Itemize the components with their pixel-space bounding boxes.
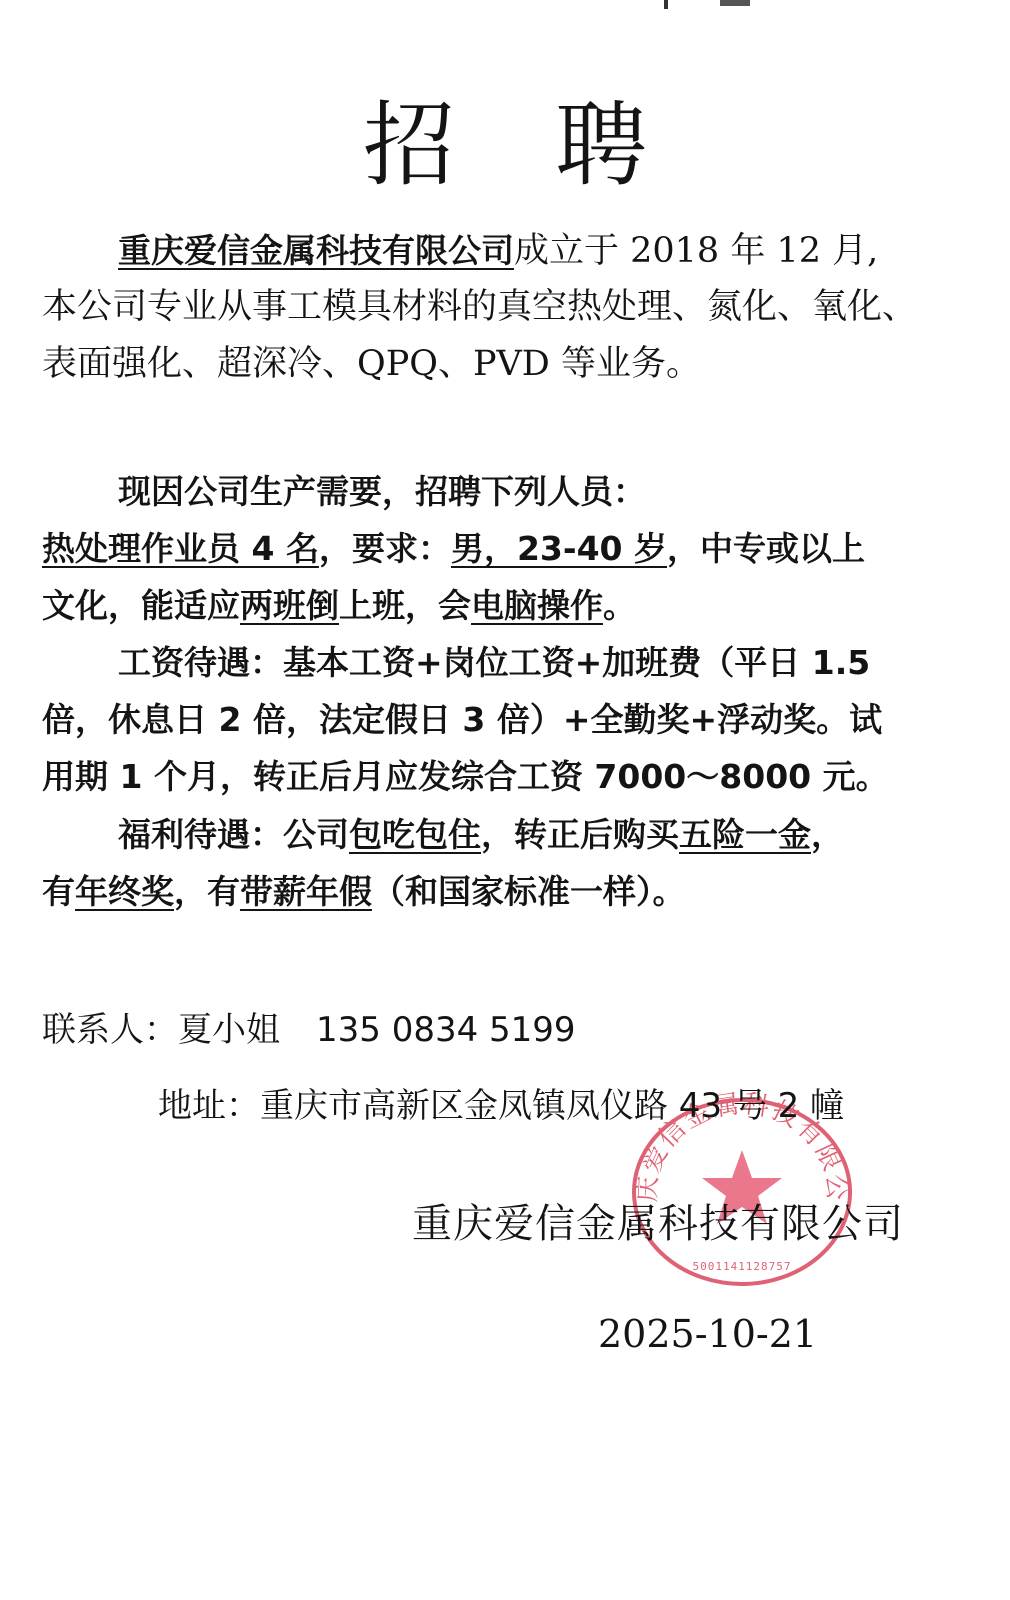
contact-phone: 135 0834 5199 xyxy=(316,1010,576,1050)
address: 地址：重庆市高新区金凤镇凤仪路 43 号 2 幢 xyxy=(158,1078,844,1127)
top-edge-scrap xyxy=(650,0,760,10)
page-title: 招聘 xyxy=(0,100,1010,192)
contact-person: 联系人：夏小姐 xyxy=(42,1010,280,1050)
contact-line: 联系人：夏小姐135 0834 5199 xyxy=(42,1002,576,1051)
position: 热处理作业员 4 名 xyxy=(42,529,319,568)
recruit-paragraph: 现因公司生产需要，招聘下列人员： 热处理作业员 4 名，要求：男，23-40 岁… xyxy=(42,463,972,634)
document-date: 2025-10-21 xyxy=(598,1312,817,1356)
benefits-paragraph: 福利待遇：公司包吃包住，转正后购买五险一金， 有年终奖，有带薪年假（和国家标准一… xyxy=(42,806,972,920)
company-signature: 重庆爱信金属科技有限公司 xyxy=(412,1192,904,1249)
intro-paragraph: 重庆爱信金属科技有限公司成立于 2018 年 12 月, 本公司专业从事工模具材… xyxy=(42,222,972,393)
company-name: 重庆爱信金属科技有限公司 xyxy=(118,231,514,270)
salary-paragraph: 工资待遇：基本工资+岗位工资+加班费（平日 1.5 倍，休息日 2 倍，法定假日… xyxy=(42,634,972,805)
stamp-number: 5001141128757 xyxy=(692,1260,791,1273)
requirements: 男，23-40 岁 xyxy=(451,529,667,568)
